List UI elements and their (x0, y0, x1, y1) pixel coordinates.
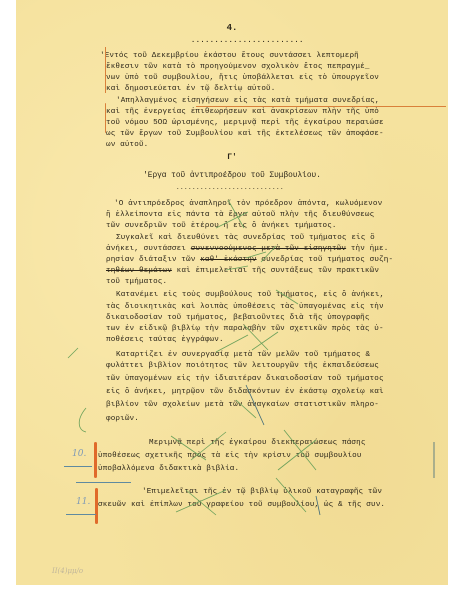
document-page: 4. ........................ 'Εντός τοῦ Δ… (16, 0, 448, 585)
annotation-strokes (16, 0, 448, 585)
